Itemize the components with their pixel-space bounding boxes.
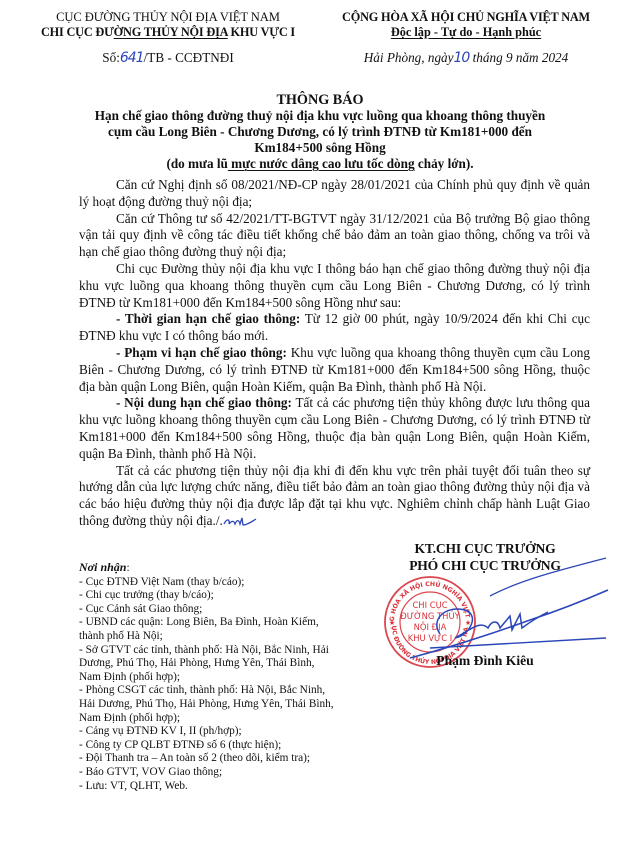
- recipients-list: Nơi nhận: - Cục ĐTNĐ Việt Nam (thay b/cá…: [79, 561, 339, 793]
- parent-agency: CỤC ĐƯỜNG THỦY NỘI ĐỊA VIỆT NAM: [18, 10, 318, 25]
- notice-title: THÔNG BÁO: [40, 92, 600, 108]
- legal-basis-decree: Căn cứ Nghị định số 08/2021/NĐ-CP ngày 2…: [79, 177, 590, 211]
- notice-body: Căn cứ Nghị định số 08/2021/NĐ-CP ngày 2…: [79, 177, 590, 530]
- notice-title-block: THÔNG BÁO Hạn chế giao thông đường thuỷ …: [40, 92, 600, 172]
- recipient-item: - Công ty CP QLBT ĐTNĐ số 6 (thực hiện);: [79, 739, 339, 753]
- handwritten-signature-icon: [370, 550, 610, 670]
- compliance-paragraph: Tất cả các phương tiện thủy nội địa khi …: [79, 463, 590, 530]
- legal-basis-circular: Căn cứ Thông tư số 42/2021/TT-BGTVT ngày…: [79, 211, 590, 261]
- recipient-item: - Phòng CSGT các tỉnh, thành phố: Hà Nội…: [79, 684, 339, 725]
- signature-block: KT.CHI CỤC TRƯỞNG PHÓ CHI CỤC TRƯỞNG CỘN…: [360, 540, 610, 574]
- recipient-item: - Đội Thanh tra – An toàn số 2 (theo dõi…: [79, 752, 339, 766]
- restriction-scope: - Phạm vi hạn chế giao thông: Khu vực lu…: [79, 345, 590, 395]
- place-date: Hải Phòng, ngày10 tháng 9 năm 2024: [318, 50, 614, 66]
- recipient-item: - Lưu: VT, QLHT, Web.: [79, 780, 339, 794]
- issuing-agency: CHI CỤC ĐƯỜNG THỦY NỘI ĐỊA KHU VỰC I: [18, 25, 318, 40]
- document-page: CỤC ĐƯỜNG THỦY NỘI ĐỊA VIỆT NAM CHI CỤC …: [0, 0, 618, 849]
- recipient-item: - Cục ĐTNĐ Việt Nam (thay b/cáo);: [79, 576, 339, 590]
- recipient-item: - Cảng vụ ĐTNĐ KV I, II (ph/hợp);: [79, 725, 339, 739]
- issuer-header: CỤC ĐƯỜNG THỦY NỘI ĐỊA VIỆT NAM CHI CỤC …: [18, 10, 318, 66]
- recipient-item: - Chi cục trưởng (thay b/cáo);: [79, 589, 339, 603]
- restriction-content: - Nội dung hạn chế giao thông: Tất cả cá…: [79, 395, 590, 462]
- signer-name: Phạm Đình Kiêu: [360, 653, 610, 669]
- national-motto: Độc lập - Tự do - Hạnh phúc: [318, 25, 614, 40]
- handwritten-day: 10: [454, 50, 470, 66]
- initials-mark-icon: [223, 516, 257, 528]
- recipient-item: - Báo GTVT, VOV Giao thông;: [79, 766, 339, 780]
- notice-subject-line-2: cụm cầu Long Biên - Chương Dương, có lý …: [40, 124, 600, 140]
- document-number: Số:641/TB - CCĐTNĐI: [18, 50, 318, 66]
- recipient-item: - UBND các quận: Long Biên, Ba Đình, Hoà…: [79, 616, 339, 643]
- recipient-item: - Sở GTVT các tỉnh, thành phố: Hà Nội, B…: [79, 644, 339, 685]
- national-header: CỘNG HÒA XÃ HỘI CHỦ NGHĨA VIỆT NAM Độc l…: [318, 10, 614, 66]
- national-title: CỘNG HÒA XÃ HỘI CHỦ NGHĨA VIỆT NAM: [318, 10, 614, 25]
- notice-subject-line-1: Hạn chế giao thông đường thuỷ nội địa kh…: [40, 108, 600, 124]
- notice-subject-line-3: Km184+500 sông Hồng: [40, 140, 600, 156]
- recipient-item: - Cục Cảnh sát Giao thông;: [79, 603, 339, 617]
- handwritten-number: 641: [120, 50, 144, 66]
- recipients-label: Nơi nhận:: [79, 561, 339, 576]
- restriction-time: - Thời gian hạn chế giao thông: Từ 12 gi…: [79, 311, 590, 345]
- announcement-intro: Chi cục Đường thủy nội địa khu vực I thô…: [79, 261, 590, 311]
- notice-subject-reason: (do mưa lũ mực nước dâng cao lưu tốc dòn…: [40, 156, 600, 172]
